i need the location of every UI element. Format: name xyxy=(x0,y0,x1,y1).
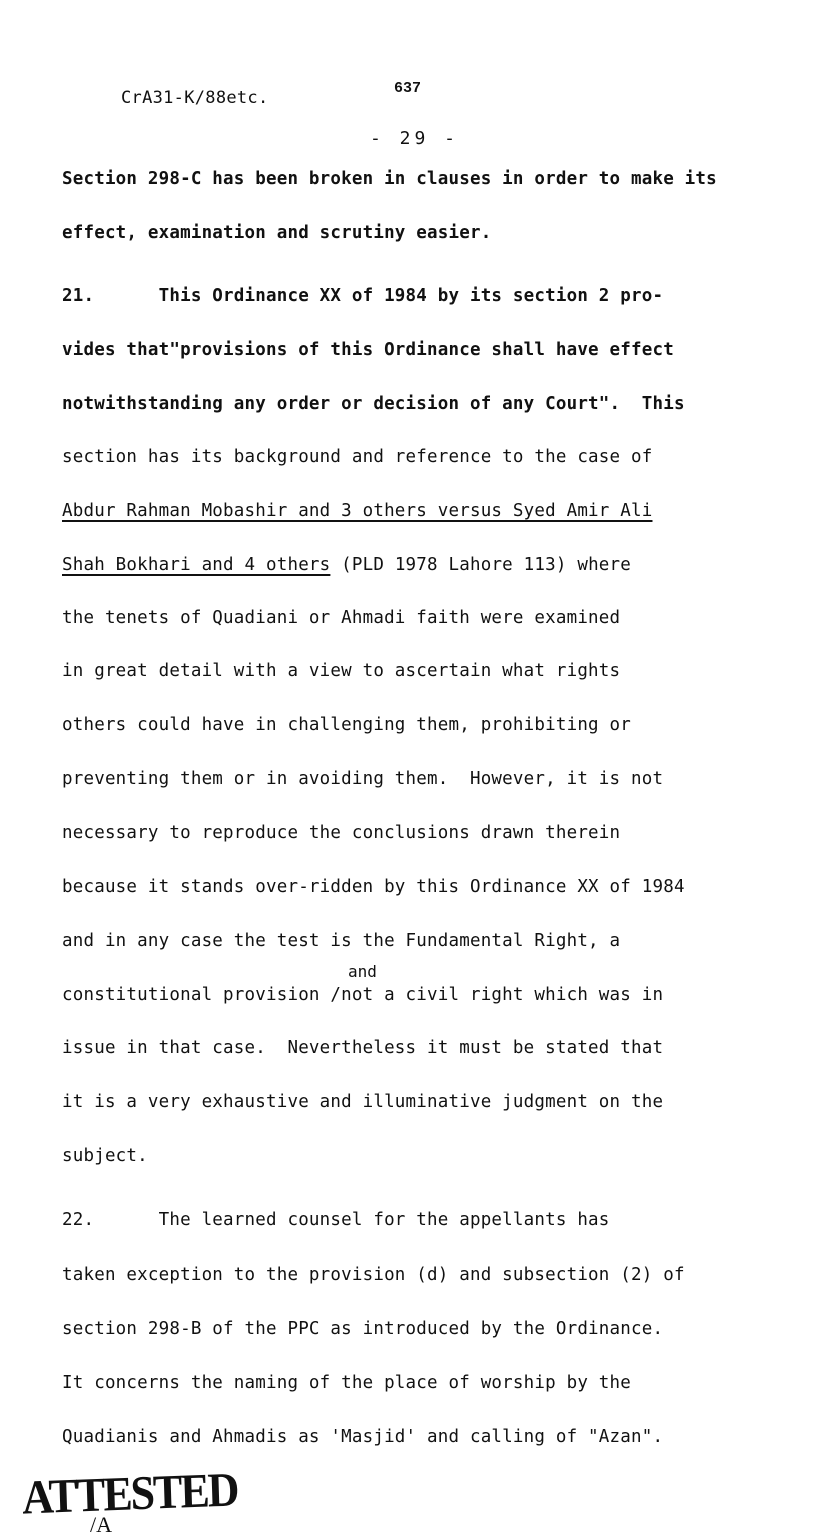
case-citation-line: Abdur Rahman Mobashir and 3 others versu… xyxy=(62,500,652,522)
stamp-number: 637 xyxy=(394,80,421,97)
text-line: and in any case the test is the Fundamen… xyxy=(62,930,620,952)
text-line: taken exception to the provision (d) and… xyxy=(62,1264,685,1286)
text-line: It concerns the naming of the place of w… xyxy=(62,1372,631,1394)
attested-stamp: ATTESTED xyxy=(21,1461,238,1525)
text-line: Quadianis and Ahmadis as 'Masjid' and ca… xyxy=(62,1426,663,1448)
text-line: subject. xyxy=(62,1145,148,1167)
page-number: - 29 - xyxy=(370,128,459,149)
paragraph-22-start: 22. The learned counsel for the appellan… xyxy=(62,1209,610,1231)
text-line: Section 298-C has been broken in clauses… xyxy=(62,168,717,190)
text-line: notwithstanding any order or decision of… xyxy=(62,393,685,415)
text-line: vides that"provisions of this Ordinance … xyxy=(62,339,674,361)
text-line: others could have in challenging them, p… xyxy=(62,714,631,736)
text-line: issue in that case. Nevertheless it must… xyxy=(62,1037,663,1059)
text-line: in great detail with a view to ascertain… xyxy=(62,660,620,682)
document-page: CrA31-K/88etc. 637 - 29 - Section 298-C … xyxy=(0,0,840,1540)
case-reference: CrA31-K/88etc. xyxy=(121,88,269,108)
case-citation-underlined: Shah Bokhari and 4 others xyxy=(62,555,330,575)
text-line: section has its background and reference… xyxy=(62,446,652,468)
paragraph-21-start: 21. This Ordinance XX of 1984 by its sec… xyxy=(62,285,663,307)
text-line: it is a very exhaustive and illuminative… xyxy=(62,1091,663,1113)
text-line: preventing them or in avoiding them. How… xyxy=(62,768,663,790)
text-line: because it stands over-ridden by this Or… xyxy=(62,876,685,898)
text-line: necessary to reproduce the conclusions d… xyxy=(62,822,620,844)
signature: /A xyxy=(90,1512,112,1538)
text-line: section 298-B of the PPC as introduced b… xyxy=(62,1318,663,1340)
citation-reference: (PLD 1978 Lahore 113) where xyxy=(330,555,631,575)
case-citation-line-2: Shah Bokhari and 4 others (PLD 1978 Laho… xyxy=(62,554,631,576)
text-line: effect, examination and scrutiny easier. xyxy=(62,222,491,244)
handwritten-insertion: and xyxy=(348,962,377,981)
text-line: the tenets of Quadiani or Ahmadi faith w… xyxy=(62,607,620,629)
text-line: constitutional provision /not a civil ri… xyxy=(62,984,663,1006)
